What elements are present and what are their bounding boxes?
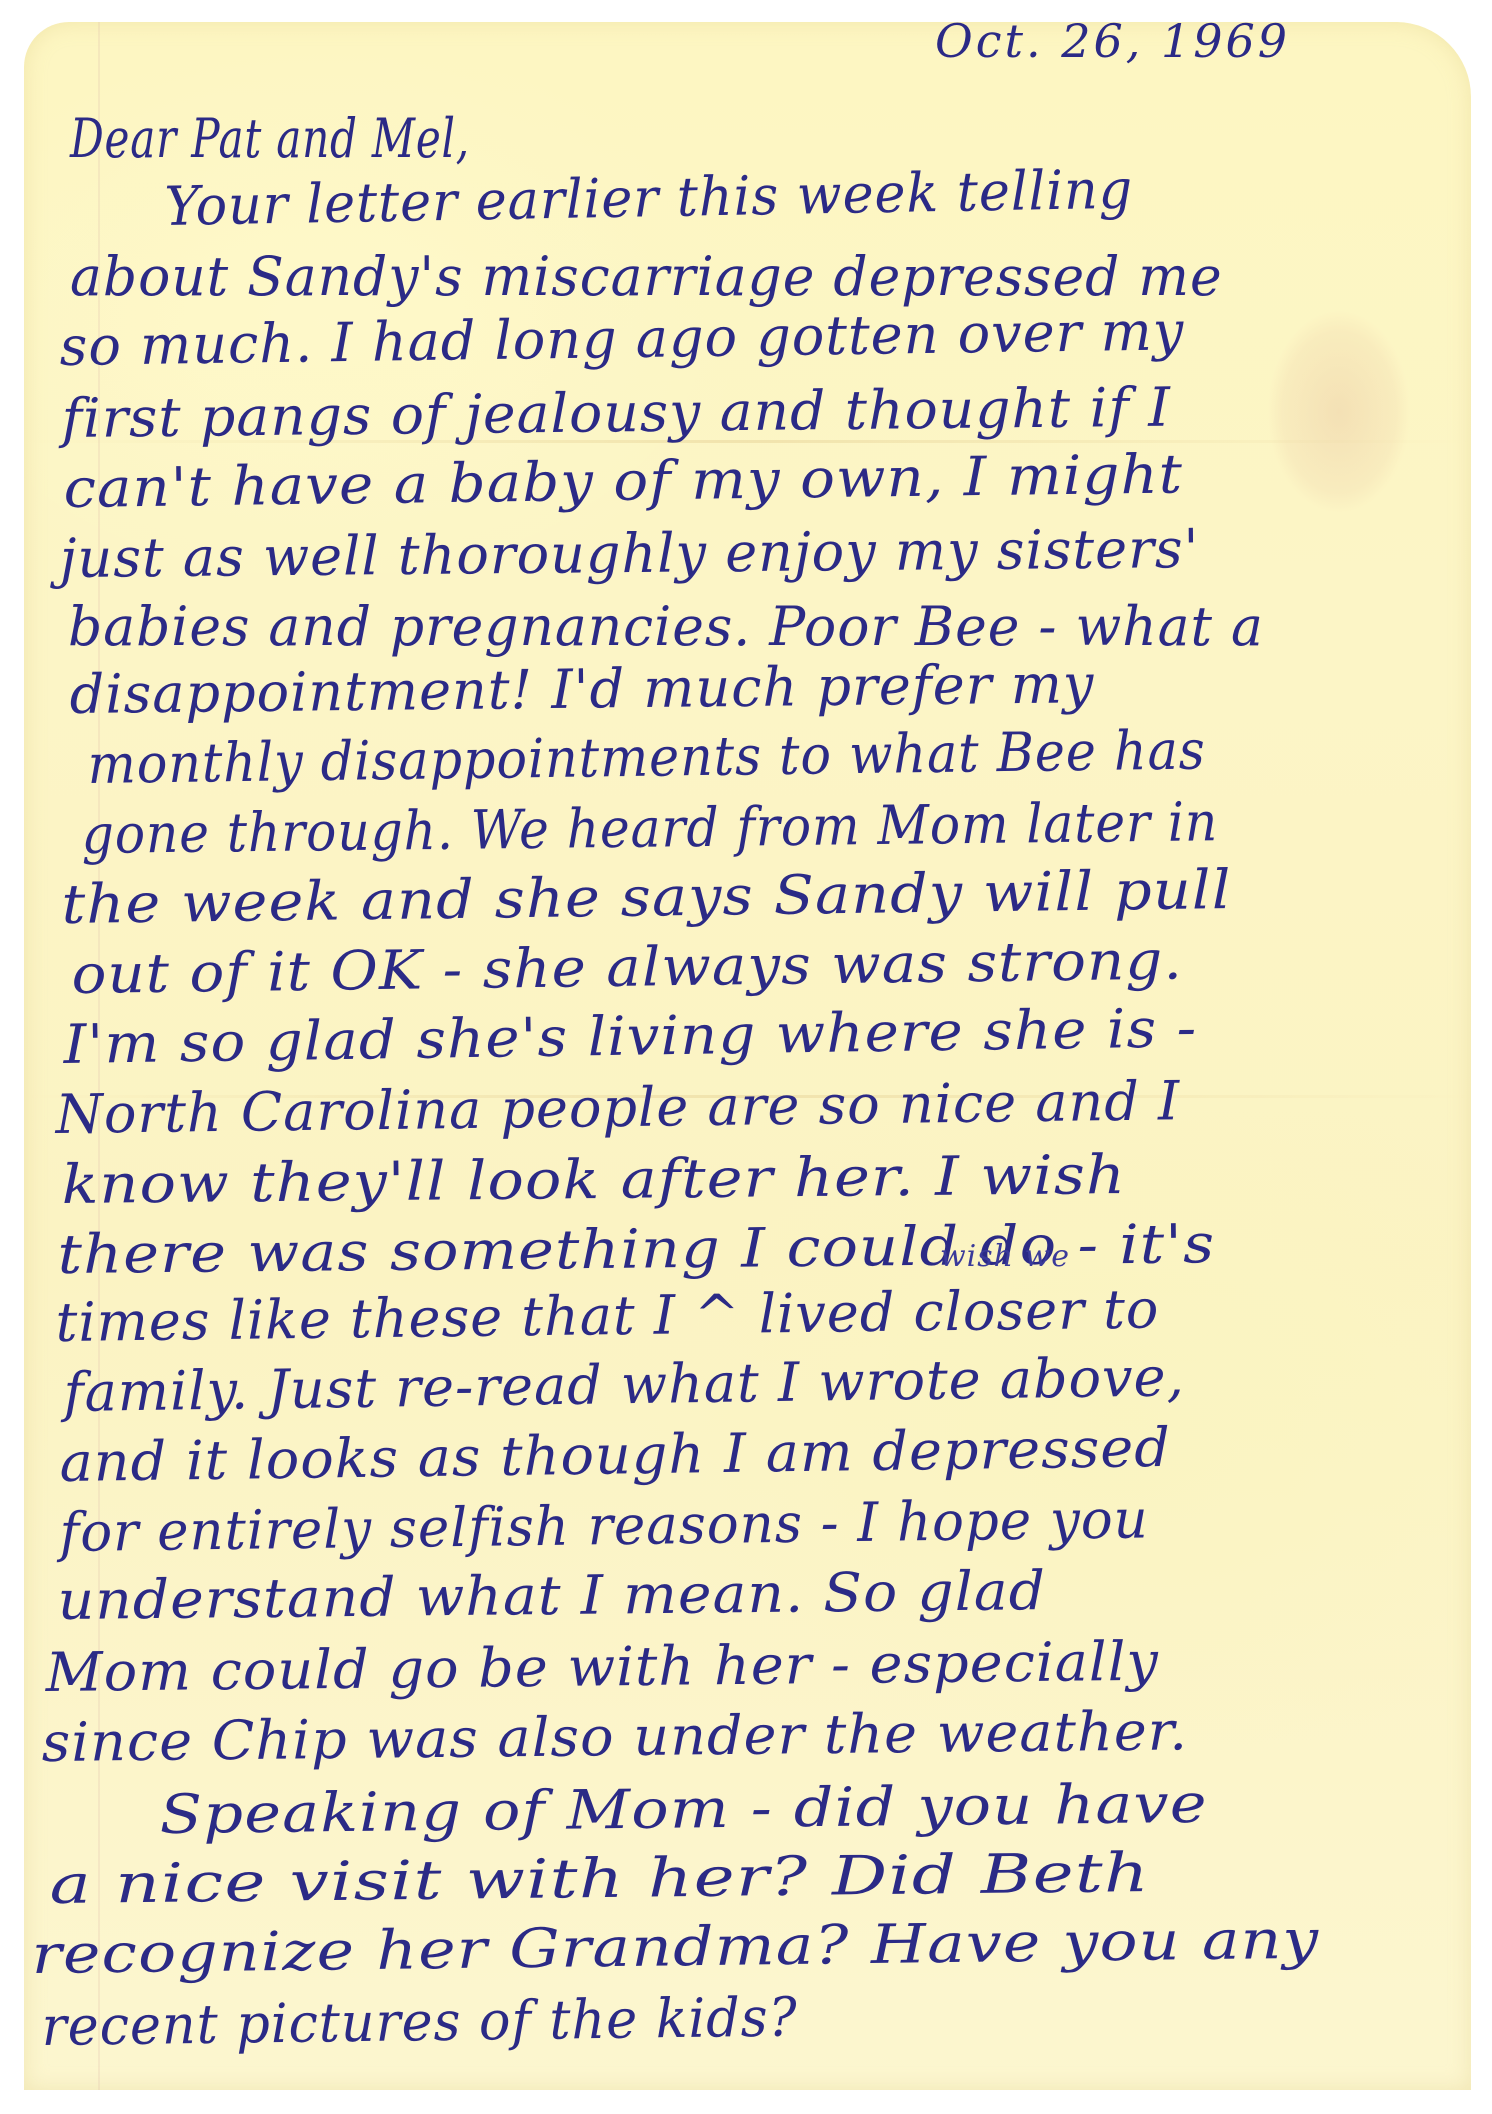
letter-line: out of it OK - she always was strong. (71, 934, 1183, 1002)
letter-line: recognize her Grandma? Have you any (31, 1913, 1320, 1982)
letter-line: first pangs of jealousy and thought if I (61, 381, 1171, 446)
letter-line: about Sandy's miscarriage depressed me (70, 250, 1223, 304)
letter-line: for entirely selfish reasons - I hope yo… (59, 1492, 1149, 1560)
letter-line: gone through. We heard from Mom later in (81, 795, 1218, 862)
letter-line: so much. I had long ago gotten over my (59, 304, 1184, 374)
letter-line: monthly disappointments to what Bee has (87, 723, 1206, 792)
letter-line: know they'll look after her. I wish (61, 1148, 1126, 1212)
insertion-wish-we: wish we (940, 1242, 1070, 1272)
letter-line: and it looks as though I am depressed (59, 1421, 1171, 1490)
letter-line: can't have a baby of my own, I might (63, 447, 1183, 516)
letter-line: the week and she says Sandy will pull (61, 863, 1232, 932)
letter-line: understand what I mean. So glad (57, 1564, 1046, 1628)
letter-line: since Chip was also under the weather. (41, 1704, 1188, 1770)
letter-line: babies and pregnancies. Poor Bee - what … (68, 600, 1264, 654)
letter-line: a nice visit with her? Did Beth (49, 1846, 1150, 1912)
letter-line: times like these that I ^ lived closer t… (55, 1283, 1159, 1350)
letter-line: I'm so glad she's living where she is - (63, 1001, 1198, 1072)
letter-line: North Carolina people are so nice and I (55, 1074, 1180, 1142)
letter-line: Mom could go be with her - especially (45, 1635, 1159, 1700)
letter-salutation: Dear Pat and Mel, (70, 112, 470, 166)
letter-line: Speaking of Mom - did you have (159, 1777, 1208, 1842)
letter-line: family. Just re-read what I wrote above, (63, 1350, 1185, 1420)
letter-line: disappointment! I'd much prefer my (69, 657, 1094, 722)
letter-date: Oct. 26, 1969 (935, 18, 1290, 64)
letter-line: recent pictures of the kids? (41, 1990, 798, 2054)
letter-line: just as well thoroughly enjoy my sisters… (60, 522, 1200, 586)
